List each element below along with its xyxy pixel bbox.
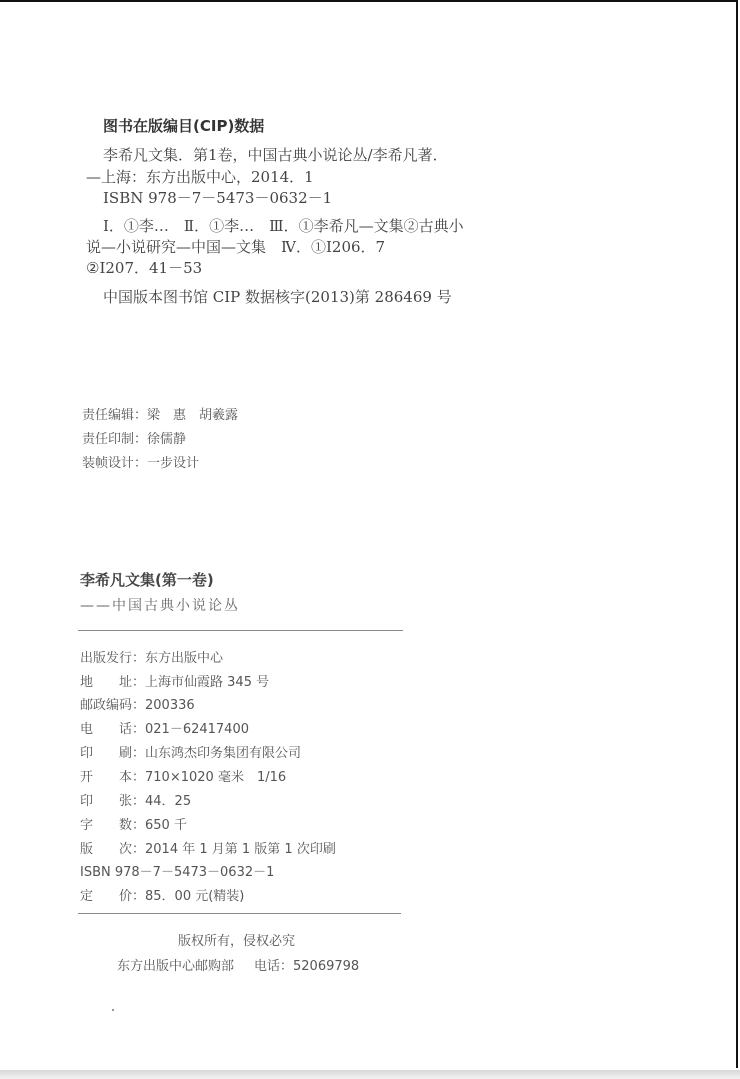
info-label: 印 张： [80,794,145,809]
credit-label: 装帧设计： [82,456,147,471]
info-label: 印 刷： [80,746,145,761]
info-value: 650 千 [145,818,187,833]
scan-speck [112,1009,114,1011]
info-label: 电 话： [80,722,145,737]
cip-line: —上海：东方出版中心，2014．1 [86,166,314,187]
mail-order-dept: 东方出版中心邮购部 [117,959,234,974]
cip-line: ISBN 978－7－5473－0632－1 [103,187,332,208]
info-value: ISBN 978－7－5473－0632－1 [80,865,274,880]
info-row-wordcount: 字 数：650 千 [80,814,187,833]
info-value: 东方出版中心 [145,651,223,666]
info-value: 85．00 元(精装) [145,889,244,904]
info-row-format: 开 本：710×1020 毫米 1/16 [80,766,286,785]
divider [78,630,403,631]
info-value: 44．25 [145,794,191,809]
cip-line: 说—小说研究—中国—文集 Ⅳ．①I206．7 [86,236,385,257]
info-value: 710×1020 毫米 1/16 [145,770,286,785]
cip-heading: 图书在版编目(CIP)数据 [103,115,264,136]
credit-label: 责任编辑： [82,408,147,423]
scan-edge [0,1070,740,1079]
info-row-postcode: 邮政编码：200336 [80,694,195,713]
credit-value: 一步设计 [147,456,199,471]
info-row-address: 地 址：上海市仙霞路 345 号 [80,671,269,690]
mail-order-phone: 电话：52069798 [254,959,359,974]
info-label: 版 次： [80,842,145,857]
credit-editor: 责任编辑：梁 惠 胡羲露 [82,404,238,423]
info-value: 山东鸿杰印务集团有限公司 [145,746,301,761]
info-label: 开 本： [80,770,145,785]
info-label: 字 数： [80,818,145,833]
info-row-price: 定 价：85．00 元(精装) [80,885,244,904]
info-row-printer: 印 刷：山东鸿杰印务集团有限公司 [80,742,301,761]
credit-value: 梁 惠 胡羲露 [147,408,238,423]
credit-label: 责任印制： [82,432,147,447]
cip-line: Ⅰ．①李… Ⅱ．①李… Ⅲ．①李希凡—文集②古典小 [103,215,464,236]
info-value: 2014 年 1 月第 1 版第 1 次印刷 [145,842,336,857]
info-value: 021－62417400 [145,722,249,737]
info-row-edition: 版 次：2014 年 1 月第 1 版第 1 次印刷 [80,838,336,857]
credit-printing: 责任印制：徐儒静 [82,428,186,447]
info-row-sheets: 印 张：44．25 [80,790,191,809]
copyright-notice: 版权所有，侵权必究 [178,930,295,949]
mail-order-line: 东方出版中心邮购部电话：52069798 [117,955,359,974]
info-value: 上海市仙霞路 345 号 [145,675,269,690]
cip-line: 李希凡文集．第1卷，中国古典小说论丛/李希凡著． [103,144,448,165]
info-row-publisher: 出版发行：东方出版中心 [80,647,223,666]
info-label: 地 址： [80,675,145,690]
cip-line: ②I207．41－53 [86,257,202,278]
cip-number: 中国版本图书馆 CIP 数据核字(2013)第 286469 号 [103,286,452,307]
info-row-phone: 电 话：021－62417400 [80,718,249,737]
info-value: 200336 [145,698,195,713]
info-label: 邮政编码： [80,698,145,713]
info-label: 出版发行： [80,651,145,666]
book-subtitle: ——中国古典小说论丛 [80,595,240,615]
credit-design: 装帧设计：一步设计 [82,452,199,471]
info-row-isbn: ISBN 978－7－5473－0632－1 [80,861,274,880]
info-label: 定 价： [80,889,145,904]
credit-value: 徐儒静 [147,432,186,447]
divider [78,913,401,914]
book-title: 李希凡文集(第一卷) [80,569,214,590]
